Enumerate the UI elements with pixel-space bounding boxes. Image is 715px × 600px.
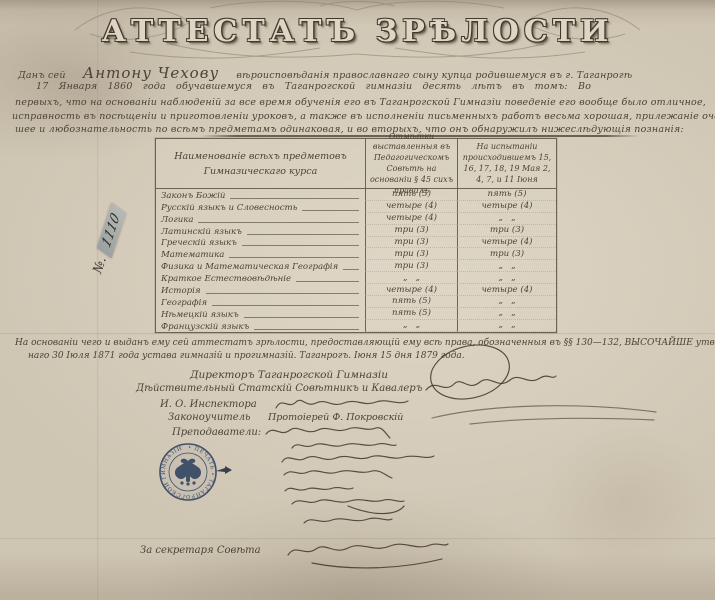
document-title: АТТЕСТАТЪ ЗРѢЛОСТИ	[102, 14, 614, 49]
exam-mark-cell: „ „	[457, 260, 556, 272]
council-mark-cell: три (3)	[365, 237, 457, 249]
secretary-signature	[282, 533, 452, 573]
exam-mark-cell: три (3)	[457, 225, 556, 237]
exam-mark-cell: „ „	[457, 296, 556, 308]
inspector-signature	[272, 394, 412, 414]
marks-table: Наименованіе всѣхъ предметовъ Гимназичес…	[155, 138, 557, 333]
subject-label: Исторія	[161, 286, 201, 296]
subject-cell: Физика и Математическая Географія	[156, 260, 365, 272]
subject-label: Французскій языкъ	[161, 322, 249, 332]
teacher-signature	[280, 464, 395, 482]
closing-line-1: На основаніи чего и выданъ ему сей аттес…	[15, 338, 715, 348]
subject-cell: Исторія	[156, 284, 365, 296]
signature-flourish-stroke	[430, 400, 660, 426]
exam-mark-cell: „ „	[457, 272, 556, 284]
teacher-signature	[300, 512, 395, 530]
intro-line-1-rest: вѣроисповѣданія православнаго сыну купца…	[236, 70, 632, 81]
number-sign: №.	[91, 255, 110, 275]
subject-label: Краткое Естествовѣдѣніе	[161, 274, 291, 284]
subjects-header-line1: Наименованіе всѣхъ предметовъ	[159, 149, 362, 164]
intro-line-1-pre: Данъ сей	[18, 70, 66, 81]
subject-label: Латинскій языкъ	[161, 227, 242, 237]
document-header: АТТЕСТАТЪ ЗРѢЛОСТИ	[0, 0, 715, 60]
subject-label: Логика	[161, 215, 193, 225]
exam-mark-cell: „ „	[457, 213, 556, 225]
exam-mark-cell: пять (5)	[457, 189, 556, 201]
exam-mark-cell: четыре (4)	[457, 201, 556, 213]
council-mark-cell: пять (5)	[365, 308, 457, 320]
subject-label: Законъ Божій	[161, 191, 225, 201]
intro-line-4: исправность въ посѣщеніи и приготовленіи…	[12, 111, 715, 122]
council-mark-cell: четыре (4)	[365, 201, 457, 213]
number-value: 1110	[97, 203, 126, 258]
subject-cell: Краткое Естествовѣдѣніе	[156, 272, 365, 284]
subject-cell: Математика	[156, 248, 365, 260]
director-line: Директоръ Таганрогской Гимназіи	[190, 369, 388, 381]
subject-label: Физика и Математическая Географія	[161, 262, 338, 272]
column-header-exam-marks: На испытаніи происходившемъ 15, 16, 17, …	[457, 139, 556, 189]
intro-line-5: шее и любознательность по всѣмъ предмета…	[15, 124, 684, 135]
secretary-label: За секретаря Совѣта	[140, 545, 261, 556]
council-mark-cell: пять (5)	[365, 189, 457, 201]
council-mark-cell: четыре (4)	[365, 213, 457, 225]
council-mark-cell: три (3)	[365, 225, 457, 237]
subject-label: Математика	[161, 250, 224, 260]
director-rank-line: Дѣйствительный Статскій Совѣтникъ и Кава…	[136, 383, 422, 394]
gymnasium-seal-stamp: • ПЕЧАТЬ • ТАГАНРОГСКОЙ ГИМНАЗІИ	[157, 441, 219, 503]
recipient-name: Антону Чехову	[83, 64, 219, 82]
religion-teacher-label: Законоучитель	[168, 412, 250, 423]
exam-mark-cell: три (3)	[457, 248, 556, 260]
council-mark-cell: пять (5)	[365, 296, 457, 308]
council-mark-cell: четыре (4)	[365, 284, 457, 296]
closing-line-2: наго 30 Іюля 1871 года устава гимназій и…	[28, 351, 465, 361]
subject-cell: Греческій языкъ	[156, 237, 365, 249]
subjects-header-line2: Гимназическаго курса	[159, 164, 362, 179]
exam-mark-cell: четыре (4)	[457, 284, 556, 296]
subject-cell: Логика	[156, 213, 365, 225]
teachers-label: Преподаватели:	[172, 427, 261, 438]
intro-line-1: Данъ сей Антону Чехову вѣроисповѣданія п…	[18, 64, 632, 82]
ink-blot-mark	[216, 466, 232, 475]
paper-stain	[540, 420, 710, 580]
council-mark-cell: „ „	[365, 320, 457, 332]
subject-cell: Законъ Божій	[156, 189, 365, 201]
exam-mark-cell: „ „	[457, 308, 556, 320]
column-header-subjects: Наименованіе всѣхъ предметовъ Гимназичес…	[156, 139, 365, 189]
intro-line-2: 17 Января 1860 года обучавшемуся въ Тага…	[36, 81, 591, 92]
director-signature	[408, 340, 558, 402]
council-mark-cell: три (3)	[365, 248, 457, 260]
subject-cell: Русскій языкъ и Словесность	[156, 201, 365, 213]
subject-cell: Нѣмецкій языкъ	[156, 308, 365, 320]
council-mark-cell: „ „	[365, 272, 457, 284]
subject-label: Русскій языкъ и Словесность	[161, 203, 297, 213]
subject-cell: Французскій языкъ	[156, 320, 365, 332]
council-mark-cell: три (3)	[365, 260, 457, 272]
inspector-label: И. О. Инспектора	[160, 399, 257, 410]
exam-mark-cell: „ „	[457, 320, 556, 332]
intro-line-3: первыхъ, что на основаніи наблюденій за …	[15, 97, 706, 108]
certificate-document: АТТЕСТАТЪ ЗРѢЛОСТИ Данъ сей Антону Чехов…	[0, 0, 715, 600]
subject-cell: Географія	[156, 296, 365, 308]
subject-label: Нѣмецкій языкъ	[161, 310, 239, 320]
subject-label: Географія	[161, 298, 207, 308]
subject-cell: Латинскій языкъ	[156, 225, 365, 237]
column-header-council-marks: Отмѣтки выставленныя въ Педагогическомъ …	[365, 139, 457, 189]
exam-mark-cell: четыре (4)	[457, 237, 556, 249]
subject-label: Греческій языкъ	[161, 238, 237, 248]
